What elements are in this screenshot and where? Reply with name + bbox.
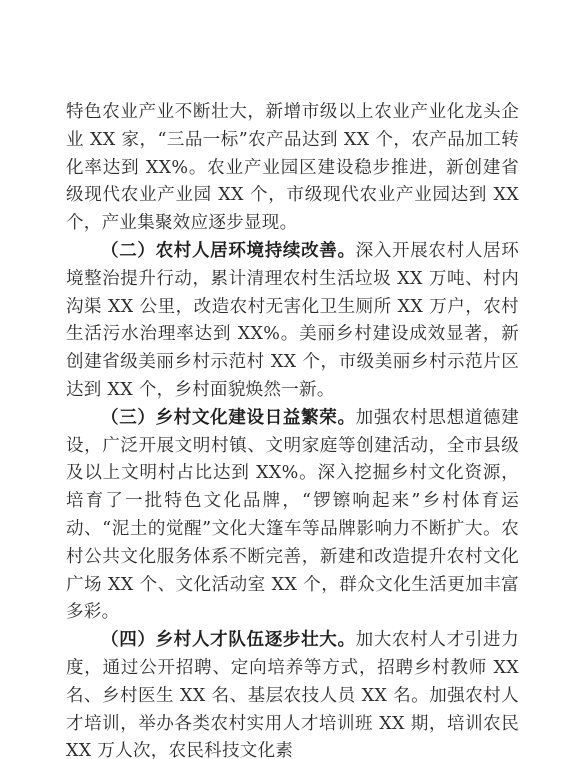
paragraph: （四）乡村人才队伍逐步壮大。加大农村人才引进力度，通过公开招聘、定向培养等方式，…: [66, 627, 519, 759]
document-page: 特色农业产业不断壮大，新增市级以上农业产业化龙头企业 XX 家，“三品一标”农产…: [0, 0, 586, 759]
paragraph-heading: （四）乡村人才队伍逐步壮大。: [101, 630, 356, 650]
paragraph-text: 特色农业产业不断壮大，新增市级以上农业产业化龙头企业 XX 家，“三品一标”农产…: [66, 102, 519, 233]
paragraph: （二）农村人居环境持续改善。深入开展农村人居环境整治提升行动，累计清理农村生活垃…: [66, 238, 519, 405]
paragraph-text: 加强农村思想道德建设，广泛开展文明村镇、文明家庭等创建活动，全市县级及以上文明村…: [66, 408, 519, 623]
paragraph: 特色农业产业不断壮大，新增市级以上农业产业化龙头企业 XX 家，“三品一标”农产…: [66, 99, 519, 238]
paragraph-heading: （三）乡村文化建设日益繁荣。: [101, 408, 356, 428]
paragraph-text: 深入开展农村人居环境整治提升行动，累计清理农村生活垃圾 XX 万吨、村内沟渠 X…: [66, 241, 519, 400]
page-text-block: 特色农业产业不断壮大，新增市级以上农业产业化龙头企业 XX 家，“三品一标”农产…: [66, 99, 519, 759]
paragraph-heading: （二）农村人居环境持续改善。: [101, 241, 356, 261]
paragraph: （三）乡村文化建设日益繁荣。加强农村思想道德建设，广泛开展文明村镇、文明家庭等创…: [66, 405, 519, 627]
